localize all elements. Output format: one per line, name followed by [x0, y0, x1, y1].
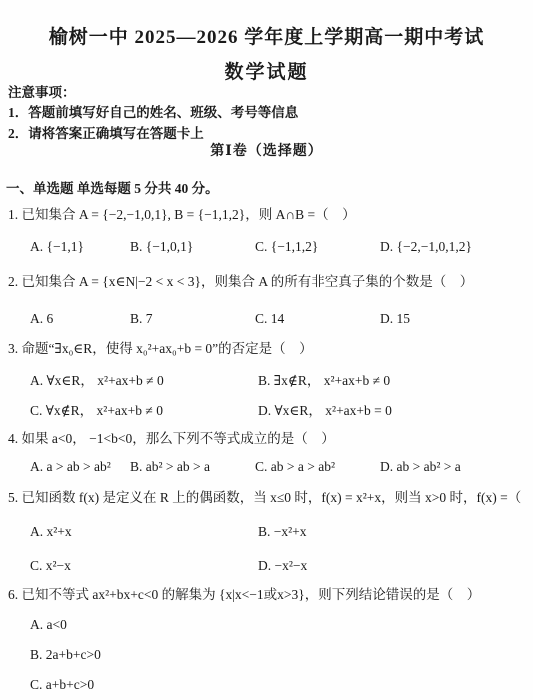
question-1-option-d: D. {−2,−1,0,1,2}: [380, 238, 529, 256]
question-4-option-c: C. ab > a > ab²: [255, 458, 380, 476]
exam-paper-page: 榆树一中 2025—2026 学年度上学期高一期中考试 数学试题 注意事项： 1…: [0, 0, 533, 700]
question-3-option-a: A. ∀x∈R， x²+ax+b ≠ 0: [30, 372, 258, 390]
question-2-option-d: D. 15: [380, 310, 529, 328]
question-6-option-b: B. 2a+b+c>0: [30, 646, 529, 664]
question-5-option-d: D. −x²−x: [258, 557, 529, 575]
question-4-option-b: B. ab² > ab > a: [130, 458, 255, 476]
notice-item-1: 1．答题前填写好自己的姓名、班级、考号等信息: [8, 104, 298, 122]
question-2-stem: 2. 已知集合 A = {x∈N|−2 < x < 3}，则集合 A 的所有非空…: [8, 273, 473, 291]
question-5-options: A. x²+x B. −x²+x C. x²−x D. −x²−x: [30, 523, 529, 575]
question-4-option-d: D. ab > ab² > a: [380, 458, 529, 476]
exam-subtitle: 数学试题: [0, 57, 533, 84]
question-2-option-b: B. 7: [130, 310, 255, 328]
question-3-option-b: B. ∃x∉R， x²+ax+b ≠ 0: [258, 372, 529, 390]
question-5-option-a: A. x²+x: [30, 523, 258, 541]
question-4-options: A. a > ab > ab² B. ab² > ab > a C. ab > …: [30, 458, 529, 476]
question-2-option-a: A. 6: [30, 310, 130, 328]
question-3-option-d: D. ∀x∈R， x²+ax+b = 0: [258, 402, 529, 420]
question-3-options: A. ∀x∈R， x²+ax+b ≠ 0 B. ∃x∉R， x²+ax+b ≠ …: [30, 372, 529, 420]
question-5-option-b: B. −x²+x: [258, 523, 529, 541]
question-6-option-a: A. a<0: [30, 616, 529, 634]
question-3-stem: 3. 命题“∃x₀∈R，使得 x₀²+ax₀+b = 0”的否定是（ ）: [8, 340, 313, 358]
question-3-option-c: C. ∀x∉R， x²+ax+b ≠ 0: [30, 402, 258, 420]
question-2-options: A. 6 B. 7 C. 14 D. 15: [30, 310, 529, 328]
question-1-option-b: B. {−1,0,1}: [130, 238, 255, 256]
question-6-options: A. a<0 B. 2a+b+c>0 C. a+b+c>0: [30, 616, 529, 694]
question-6-option-c: C. a+b+c>0: [30, 676, 529, 694]
question-1-option-a: A. {−1,1}: [30, 238, 130, 256]
question-4-stem: 4. 如果 a<0， −1<b<0，那么下列不等式成立的是（ ）: [8, 430, 335, 448]
exam-title: 榆树一中 2025—2026 学年度上学期高一期中考试: [0, 22, 533, 49]
question-2-option-c: C. 14: [255, 310, 380, 328]
question-1-stem: 1. 已知集合 A = {−2,−1,0,1}, B = {−1,1,2}，则 …: [8, 206, 356, 224]
part-title: 第Ⅰ卷（选择题）: [0, 140, 533, 160]
question-5-stem: 5. 已知函数 f(x) 是定义在 R 上的偶函数，当 x≤0 时，f(x) =…: [8, 489, 521, 507]
question-4-option-a: A. a > ab > ab²: [30, 458, 130, 476]
notice-heading: 注意事项：: [8, 84, 76, 102]
question-1-options: A. {−1,1} B. {−1,0,1} C. {−1,1,2} D. {−2…: [30, 238, 529, 256]
question-1-option-c: C. {−1,1,2}: [255, 238, 380, 256]
section-title: 一、单选题 单选每题 5 分共 40 分。: [6, 180, 219, 198]
question-6-stem: 6. 已知不等式 ax²+bx+c<0 的解集为 {x|x<−1或x>3}，则下…: [8, 586, 480, 604]
question-5-option-c: C. x²−x: [30, 557, 258, 575]
